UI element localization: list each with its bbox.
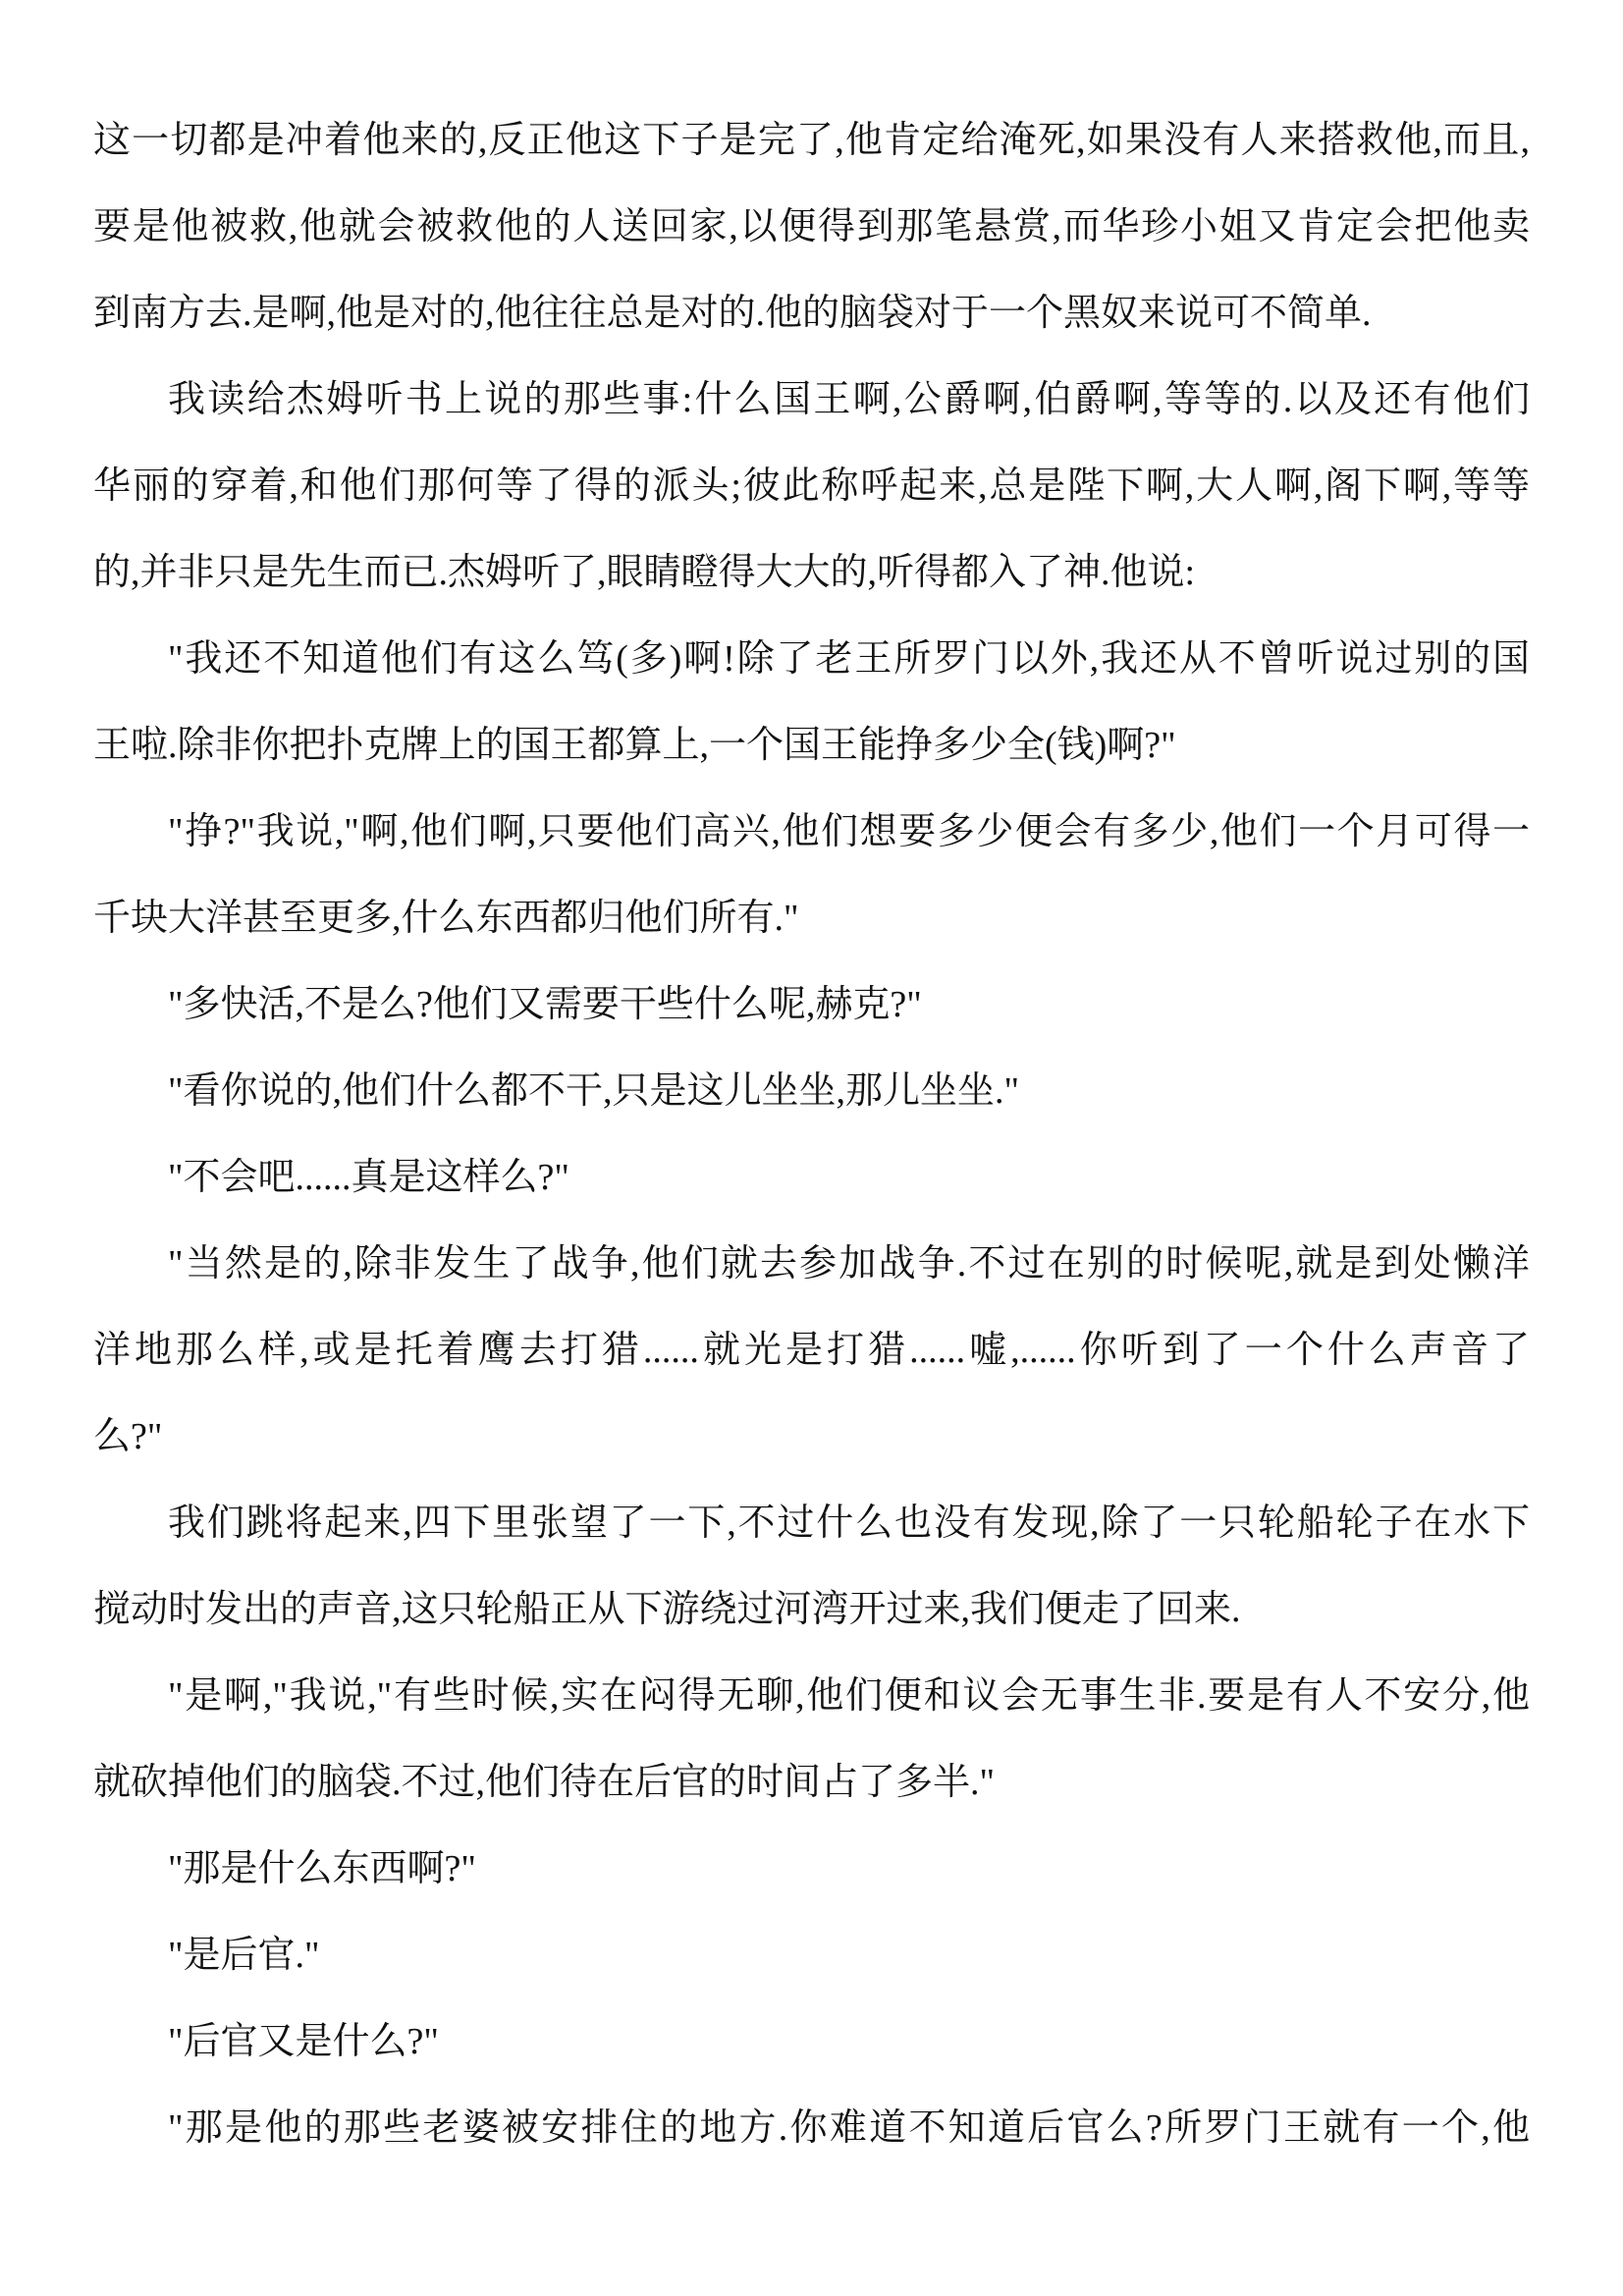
text-line: 我们跳将起来,四下里张望了一下,不过什么也没有发现,除了一只轮船轮子在水下 [93, 1480, 1530, 1566]
text-line: 么?" [93, 1394, 1530, 1480]
text-line: 洋地那么样,或是托着鹰去打猎......就光是打猎......嘘,......你… [93, 1307, 1530, 1394]
text-line: "那是他的那些老婆被安排住的地方.你难道不知道后官么?所罗门王就有一个,他 [93, 2085, 1530, 2171]
text-line: 王啦.除非你把扑克牌上的国王都算上,一个国王能挣多少全(钱)啊?" [93, 702, 1530, 789]
text-line: 这一切都是冲着他来的,反正他这下子是完了,他肯定给淹死,如果没有人来搭救他,而且… [93, 97, 1530, 184]
text-line: "我还不知道他们有这么笃(多)啊!除了老王所罗门以外,我还从不曾听说过别的国 [93, 616, 1530, 702]
text-line: "是后官." [93, 1912, 1530, 1998]
document-page: 这一切都是冲着他来的,反正他这下子是完了,他肯定给淹死,如果没有人来搭救他,而且… [0, 0, 1623, 2296]
text-line: 千块大洋甚至更多,什么东西都归他们所有." [93, 875, 1530, 961]
text-line: 的,并非只是先生而已.杰姆听了,眼睛瞪得大大的,听得都入了神.他说: [93, 529, 1530, 616]
text-line: 搅动时发出的声音,这只轮船正从下游绕过河湾开过来,我们便走了回来. [93, 1566, 1530, 1653]
text-line: "多快活,不是么?他们又需要干些什么呢,赫克?" [93, 961, 1530, 1048]
text-line: 我读给杰姆听书上说的那些事:什么国王啊,公爵啊,伯爵啊,等等的.以及还有他们 [93, 356, 1530, 443]
text-line: "看你说的,他们什么都不干,只是这儿坐坐,那儿坐坐." [93, 1048, 1530, 1134]
text-line: "那是什么东西啊?" [93, 1826, 1530, 1912]
text-line: "不会吧......真是这样么?" [93, 1134, 1530, 1221]
text-line: 到南方去.是啊,他是对的,他往往总是对的.他的脑袋对于一个黑奴来说可不简单. [93, 270, 1530, 356]
text-line: "是啊,"我说,"有些时候,实在闷得无聊,他们便和议会无事生非.要是有人不安分,… [93, 1653, 1530, 1739]
text-line: "挣?"我说,"啊,他们啊,只要他们高兴,他们想要多少便会有多少,他们一个月可得… [93, 789, 1530, 875]
text-line: 要是他被救,他就会被救他的人送回家,以便得到那笔悬赏,而华珍小姐又肯定会把他卖 [93, 184, 1530, 270]
text-line: 就砍掉他们的脑袋.不过,他们待在后官的时间占了多半." [93, 1739, 1530, 1826]
text-line: 华丽的穿着,和他们那何等了得的派头;彼此称呼起来,总是陛下啊,大人啊,阁下啊,等… [93, 443, 1530, 529]
text-line: "当然是的,除非发生了战争,他们就去参加战争.不过在别的时候呢,就是到处懒洋 [93, 1221, 1530, 1307]
text-line: "后官又是什么?" [93, 1998, 1530, 2085]
